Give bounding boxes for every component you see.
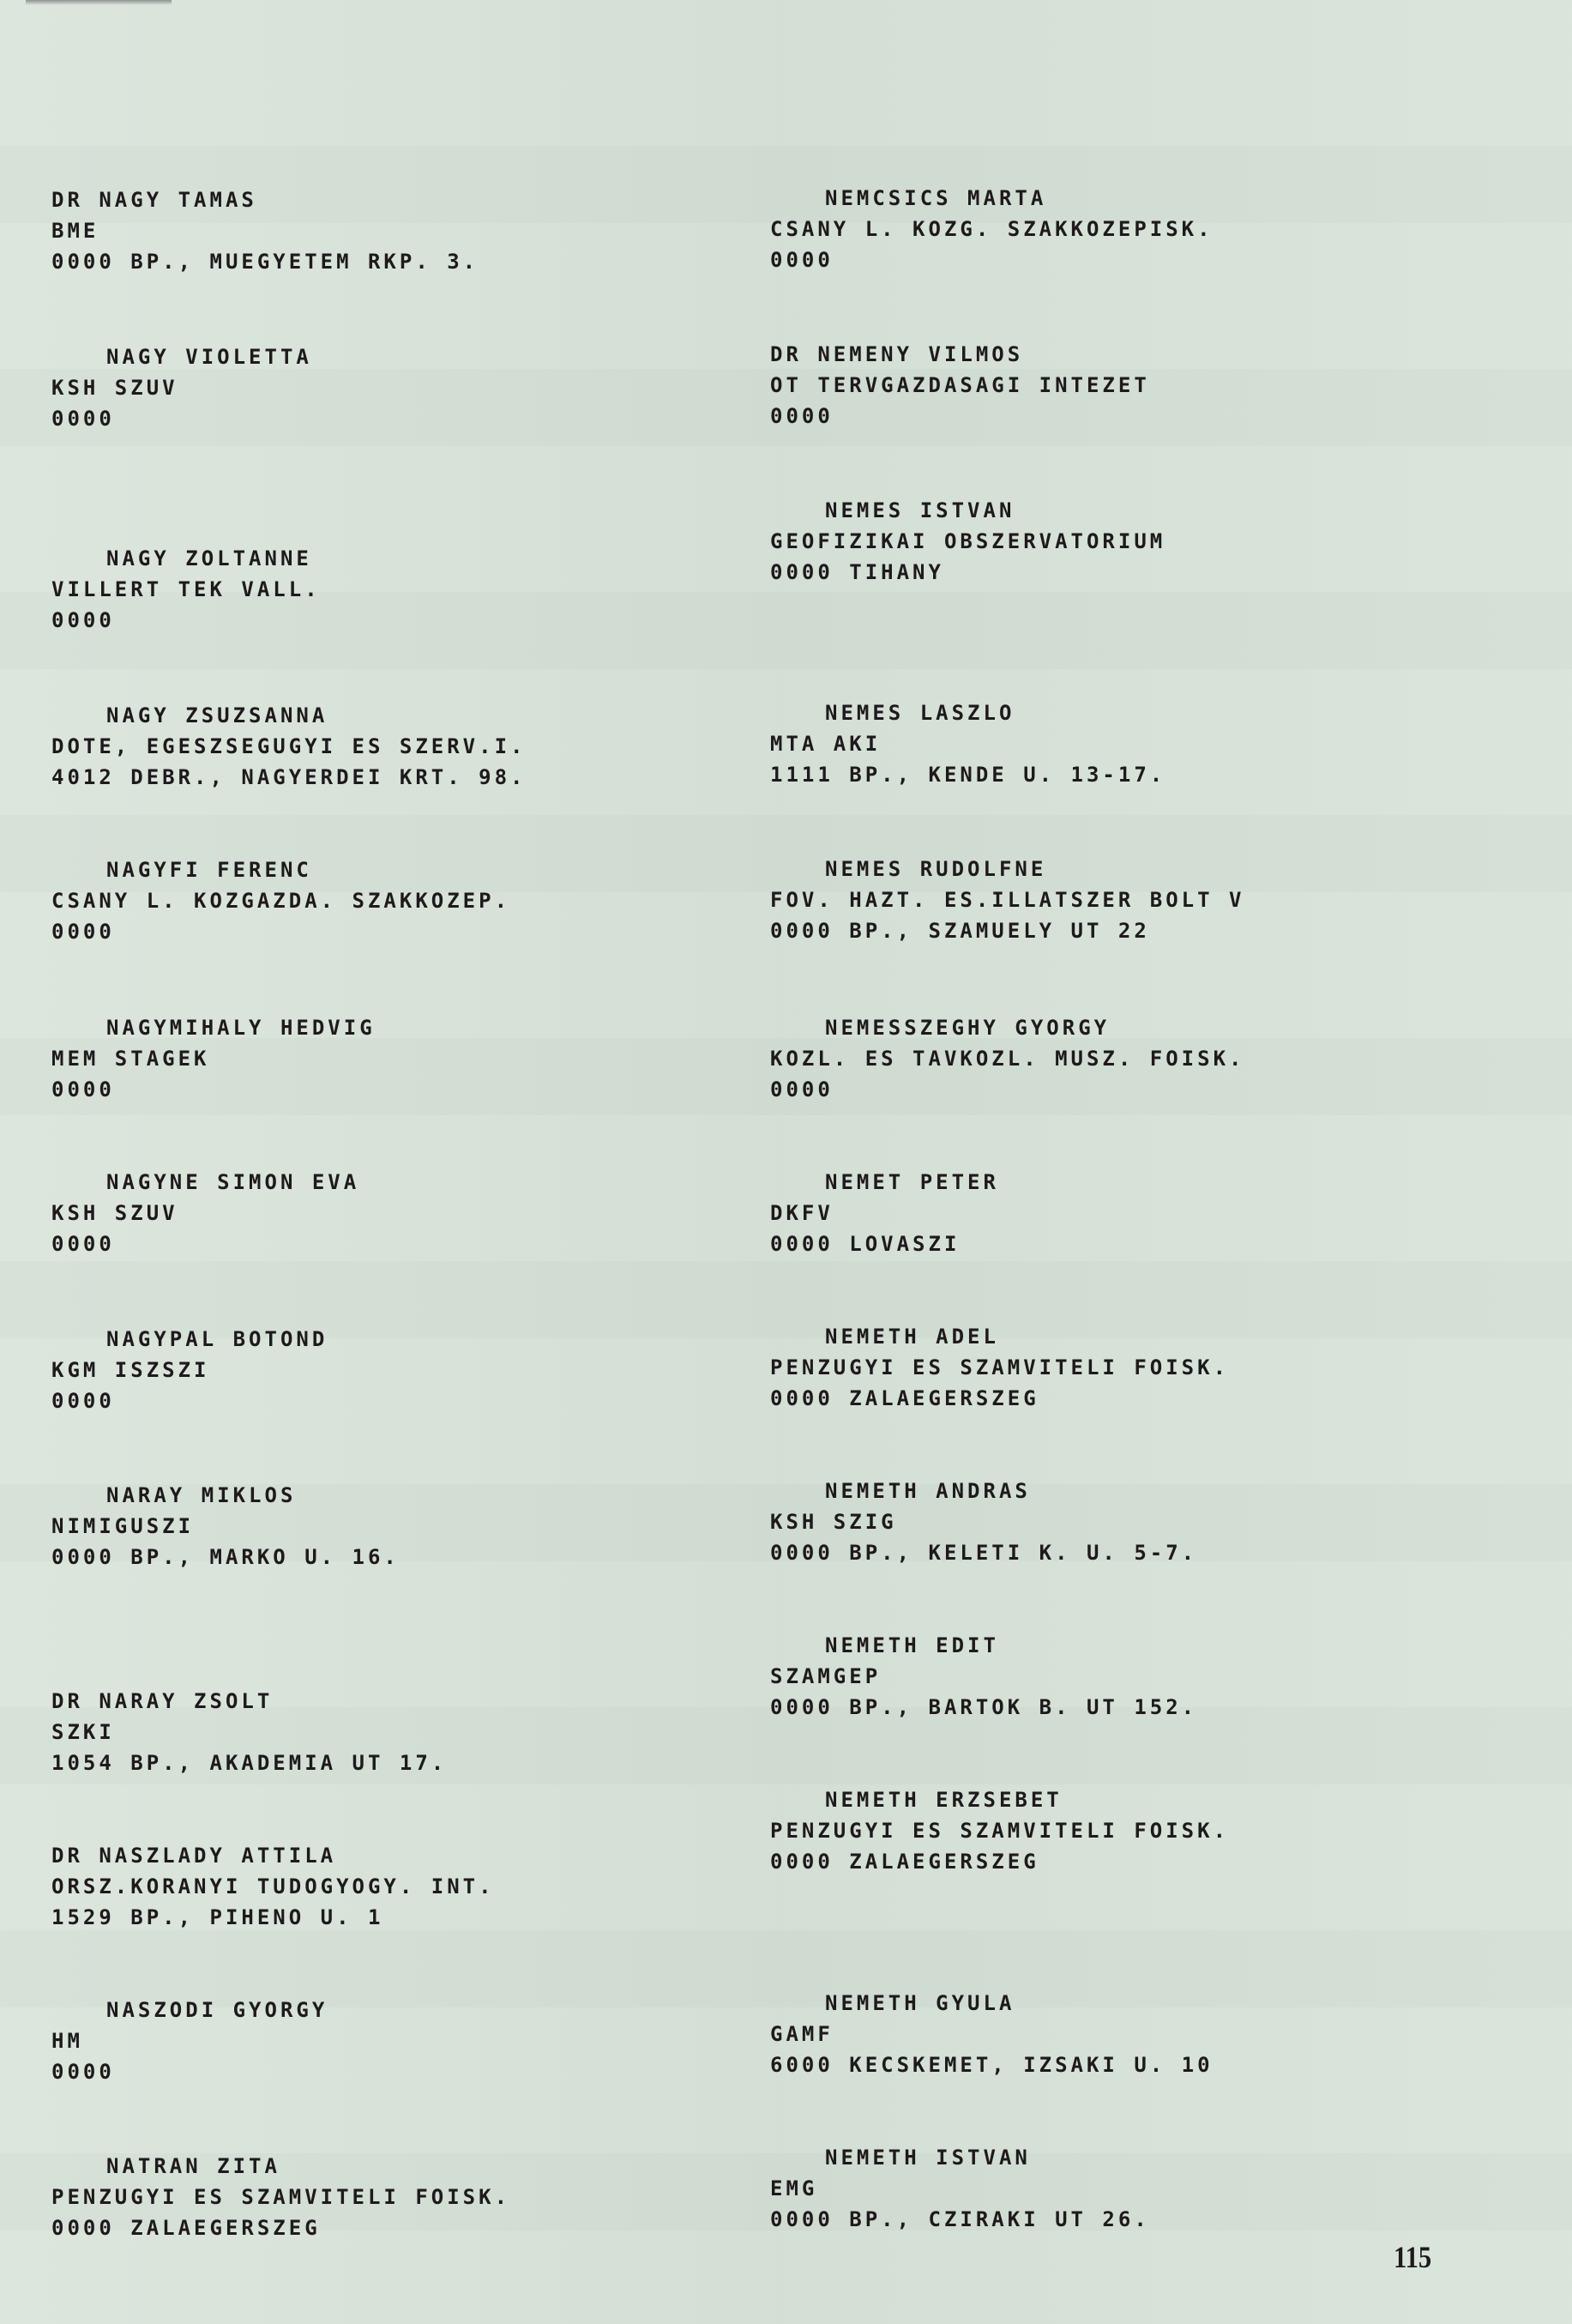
page-number: 115 (1394, 2239, 1431, 2275)
entry-address: 0000 TIHANY (770, 557, 1165, 588)
entry-name: NARAY MIKLOS (51, 1480, 400, 1511)
entry-name: NAGY ZSUZSANNA (51, 700, 526, 731)
entry-address: 0000 BP., BARTOK B. UT 152. (770, 1692, 1197, 1723)
directory-entry: NAGYNE SIMON EVAKSH SZUV0000 (51, 1167, 359, 1259)
entry-name: NEMETH ANDRAS (770, 1476, 1197, 1506)
entry-address: 0000 (51, 916, 510, 947)
entry-organization: EMG (770, 2173, 1150, 2204)
entry-organization: MEM STAGEK (51, 1043, 376, 1074)
entry-address: 0000 ZALAEGERSZEG (770, 1383, 1229, 1414)
entry-name: NEMETH GYULA (770, 1988, 1214, 2019)
entry-address: 1529 BP., PIHENO U. 1 (51, 1902, 495, 1933)
entry-organization: PENZUGYI ES SZAMVITELI FOISK. (770, 1352, 1229, 1383)
entry-organization: CSANY L. KOZGAZDA. SZAKKOZEP. (51, 885, 510, 916)
entry-address: 0000 BP., MARKO U. 16. (51, 1542, 400, 1572)
entry-name: NAGYNE SIMON EVA (51, 1167, 359, 1198)
entry-address: 0000 (51, 1228, 359, 1259)
directory-entry: NAGYFI FERENCCSANY L. KOZGAZDA. SZAKKOZE… (51, 854, 510, 947)
directory-entry: NEMETH GYULAGAMF6000 KECSKEMET, IZSAKI U… (770, 1988, 1214, 2080)
directory-entry: NEMES ISTVANGEOFIZIKAI OBSZERVATORIUM000… (770, 495, 1165, 588)
entry-address: 0000 ZALAEGERSZEG (51, 2212, 510, 2243)
entry-address: 0000 (51, 2056, 328, 2087)
entry-organization: NIMIGUSZI (51, 1511, 400, 1542)
directory-entry: NAGY ZSUZSANNADOTE, EGESZSEGUGYI ES SZER… (51, 700, 526, 793)
entry-address: 0000 ZALAEGERSZEG (770, 1846, 1229, 1877)
entry-address: 0000 (51, 403, 312, 434)
entry-name: DR NASZLADY ATTILA (51, 1840, 495, 1871)
entry-name: NEMESSZEGHY GYORGY (770, 1012, 1244, 1043)
entry-organization: PENZUGYI ES SZAMVITELI FOISK. (770, 1815, 1229, 1846)
entry-name: NEMET PETER (770, 1167, 999, 1198)
directory-entry: NEMETH ANDRASKSH SZIG0000 BP., KELETI K.… (770, 1476, 1197, 1568)
directory-entry: DR NASZLADY ATTILAORSZ.KORANYI TUDOGYOGY… (51, 1840, 495, 1933)
directory-entry: NEMES RUDOLFNEFOV. HAZT. ES.ILLATSZER BO… (770, 854, 1244, 946)
entry-address: 6000 KECSKEMET, IZSAKI U. 10 (770, 2049, 1214, 2080)
directory-entry: NASZODI GYORGYHM0000 (51, 1995, 328, 2087)
entry-organization: BME (51, 215, 479, 246)
page-edge-shadow (26, 0, 172, 5)
entry-name: NAGY VIOLETTA (51, 341, 312, 372)
entry-address: 0000 (51, 1074, 376, 1105)
directory-entry: NAGYPAL BOTONDKGM ISZSZI0000 (51, 1324, 328, 1416)
entry-name: NAGYFI FERENC (51, 854, 510, 885)
directory-entry: NAGY ZOLTANNEVILLERT TEK VALL.0000 (51, 543, 321, 636)
entry-organization: KGM ISZSZI (51, 1355, 328, 1385)
entry-address: 0000 (51, 1385, 328, 1416)
entry-organization: MTA AKI (770, 728, 1165, 759)
entry-name: NAGY ZOLTANNE (51, 543, 321, 574)
entry-organization: DKFV (770, 1198, 999, 1228)
entry-address: 0000 BP., MUEGYETEM RKP. 3. (51, 246, 479, 277)
directory-entry: NEMET PETERDKFV0000 LOVASZI (770, 1167, 999, 1259)
entry-organization: KSH SZIG (770, 1506, 1197, 1537)
entry-organization: VILLERT TEK VALL. (51, 574, 321, 605)
entry-name: NEMETH EDIT (770, 1630, 1197, 1661)
entry-name: NEMETH ADEL (770, 1321, 1229, 1352)
directory-entry: NAGY VIOLETTAKSH SZUV0000 (51, 341, 312, 434)
directory-entry: NARAY MIKLOSNIMIGUSZI0000 BP., MARKO U. … (51, 1480, 400, 1572)
entry-address: 0000 (770, 1074, 1244, 1105)
entry-name: NEMES LASZLO (770, 697, 1165, 728)
directory-entry: NEMETH ADELPENZUGYI ES SZAMVITELI FOISK.… (770, 1321, 1229, 1414)
entry-address: 0000 (770, 401, 1150, 432)
directory-entry: NEMETH ISTVANEMG0000 BP., CZIRAKI UT 26. (770, 2142, 1150, 2235)
entry-name: NEMCSICS MARTA (770, 183, 1214, 214)
directory-entry: NEMETH EDITSZAMGEP0000 BP., BARTOK B. UT… (770, 1630, 1197, 1723)
directory-entry: DR NARAY ZSOLTSZKI1054 BP., AKADEMIA UT … (51, 1686, 447, 1778)
entry-address: 4012 DEBR., NAGYERDEI KRT. 98. (51, 762, 526, 793)
entry-organization: FOV. HAZT. ES.ILLATSZER BOLT V (770, 884, 1244, 915)
entry-name: NASZODI GYORGY (51, 1995, 328, 2025)
directory-entry: NEMES LASZLOMTA AKI1111 BP., KENDE U. 13… (770, 697, 1165, 790)
entry-organization: GEOFIZIKAI OBSZERVATORIUM (770, 526, 1165, 557)
entry-name: DR NEMENY VILMOS (770, 339, 1150, 370)
entry-organization: GAMF (770, 2019, 1214, 2049)
entry-name: NEMES RUDOLFNE (770, 854, 1244, 884)
entry-organization: SZKI (51, 1717, 447, 1748)
directory-entry: DR NEMENY VILMOSOT TERVGAZDASAGI INTEZET… (770, 339, 1150, 432)
entry-organization: KSH SZUV (51, 1198, 359, 1228)
entry-organization: PENZUGYI ES SZAMVITELI FOISK. (51, 2182, 510, 2212)
entry-address: 0000 BP., KELETI K. U. 5-7. (770, 1537, 1197, 1568)
entry-name: NEMES ISTVAN (770, 495, 1165, 526)
entry-name: DR NAGY TAMAS (51, 184, 479, 215)
entry-organization: SZAMGEP (770, 1661, 1197, 1692)
directory-entry: NEMESSZEGHY GYORGYKOZL. ES TAVKOZL. MUSZ… (770, 1012, 1244, 1105)
entry-organization: DOTE, EGESZSEGUGYI ES SZERV.I. (51, 731, 526, 762)
directory-entry: NAGYMIHALY HEDVIGMEM STAGEK0000 (51, 1012, 376, 1105)
entry-organization: ORSZ.KORANYI TUDOGYOGY. INT. (51, 1871, 495, 1902)
directory-page: DR NAGY TAMASBME0000 BP., MUEGYETEM RKP.… (0, 0, 1572, 2324)
entry-address: 0000 LOVASZI (770, 1228, 999, 1259)
entry-organization: KOZL. ES TAVKOZL. MUSZ. FOISK. (770, 1043, 1244, 1074)
entry-address: 0000 (770, 244, 1214, 275)
entry-address: 0000 BP., SZAMUELY UT 22 (770, 915, 1244, 946)
entry-name: NAGYPAL BOTOND (51, 1324, 328, 1355)
entry-address: 0000 BP., CZIRAKI UT 26. (770, 2204, 1150, 2235)
entry-organization: KSH SZUV (51, 372, 312, 403)
entry-organization: OT TERVGAZDASAGI INTEZET (770, 370, 1150, 401)
directory-entry: DR NAGY TAMASBME0000 BP., MUEGYETEM RKP.… (51, 184, 479, 277)
entry-name: NEMETH ISTVAN (770, 2142, 1150, 2173)
directory-entry: NEMETH ERZSEBETPENZUGYI ES SZAMVITELI FO… (770, 1784, 1229, 1877)
entry-name: DR NARAY ZSOLT (51, 1686, 447, 1717)
entry-name: NATRAN ZITA (51, 2151, 510, 2182)
entry-address: 1054 BP., AKADEMIA UT 17. (51, 1748, 447, 1778)
directory-entry: NATRAN ZITAPENZUGYI ES SZAMVITELI FOISK.… (51, 2151, 510, 2243)
entry-name: NAGYMIHALY HEDVIG (51, 1012, 376, 1043)
entry-name: NEMETH ERZSEBET (770, 1784, 1229, 1815)
entry-organization: CSANY L. KOZG. SZAKKOZEPISK. (770, 214, 1214, 244)
directory-entry: NEMCSICS MARTACSANY L. KOZG. SZAKKOZEPIS… (770, 183, 1214, 275)
entry-address: 0000 (51, 605, 321, 636)
entry-address: 1111 BP., KENDE U. 13-17. (770, 759, 1165, 790)
entry-organization: HM (51, 2025, 328, 2056)
